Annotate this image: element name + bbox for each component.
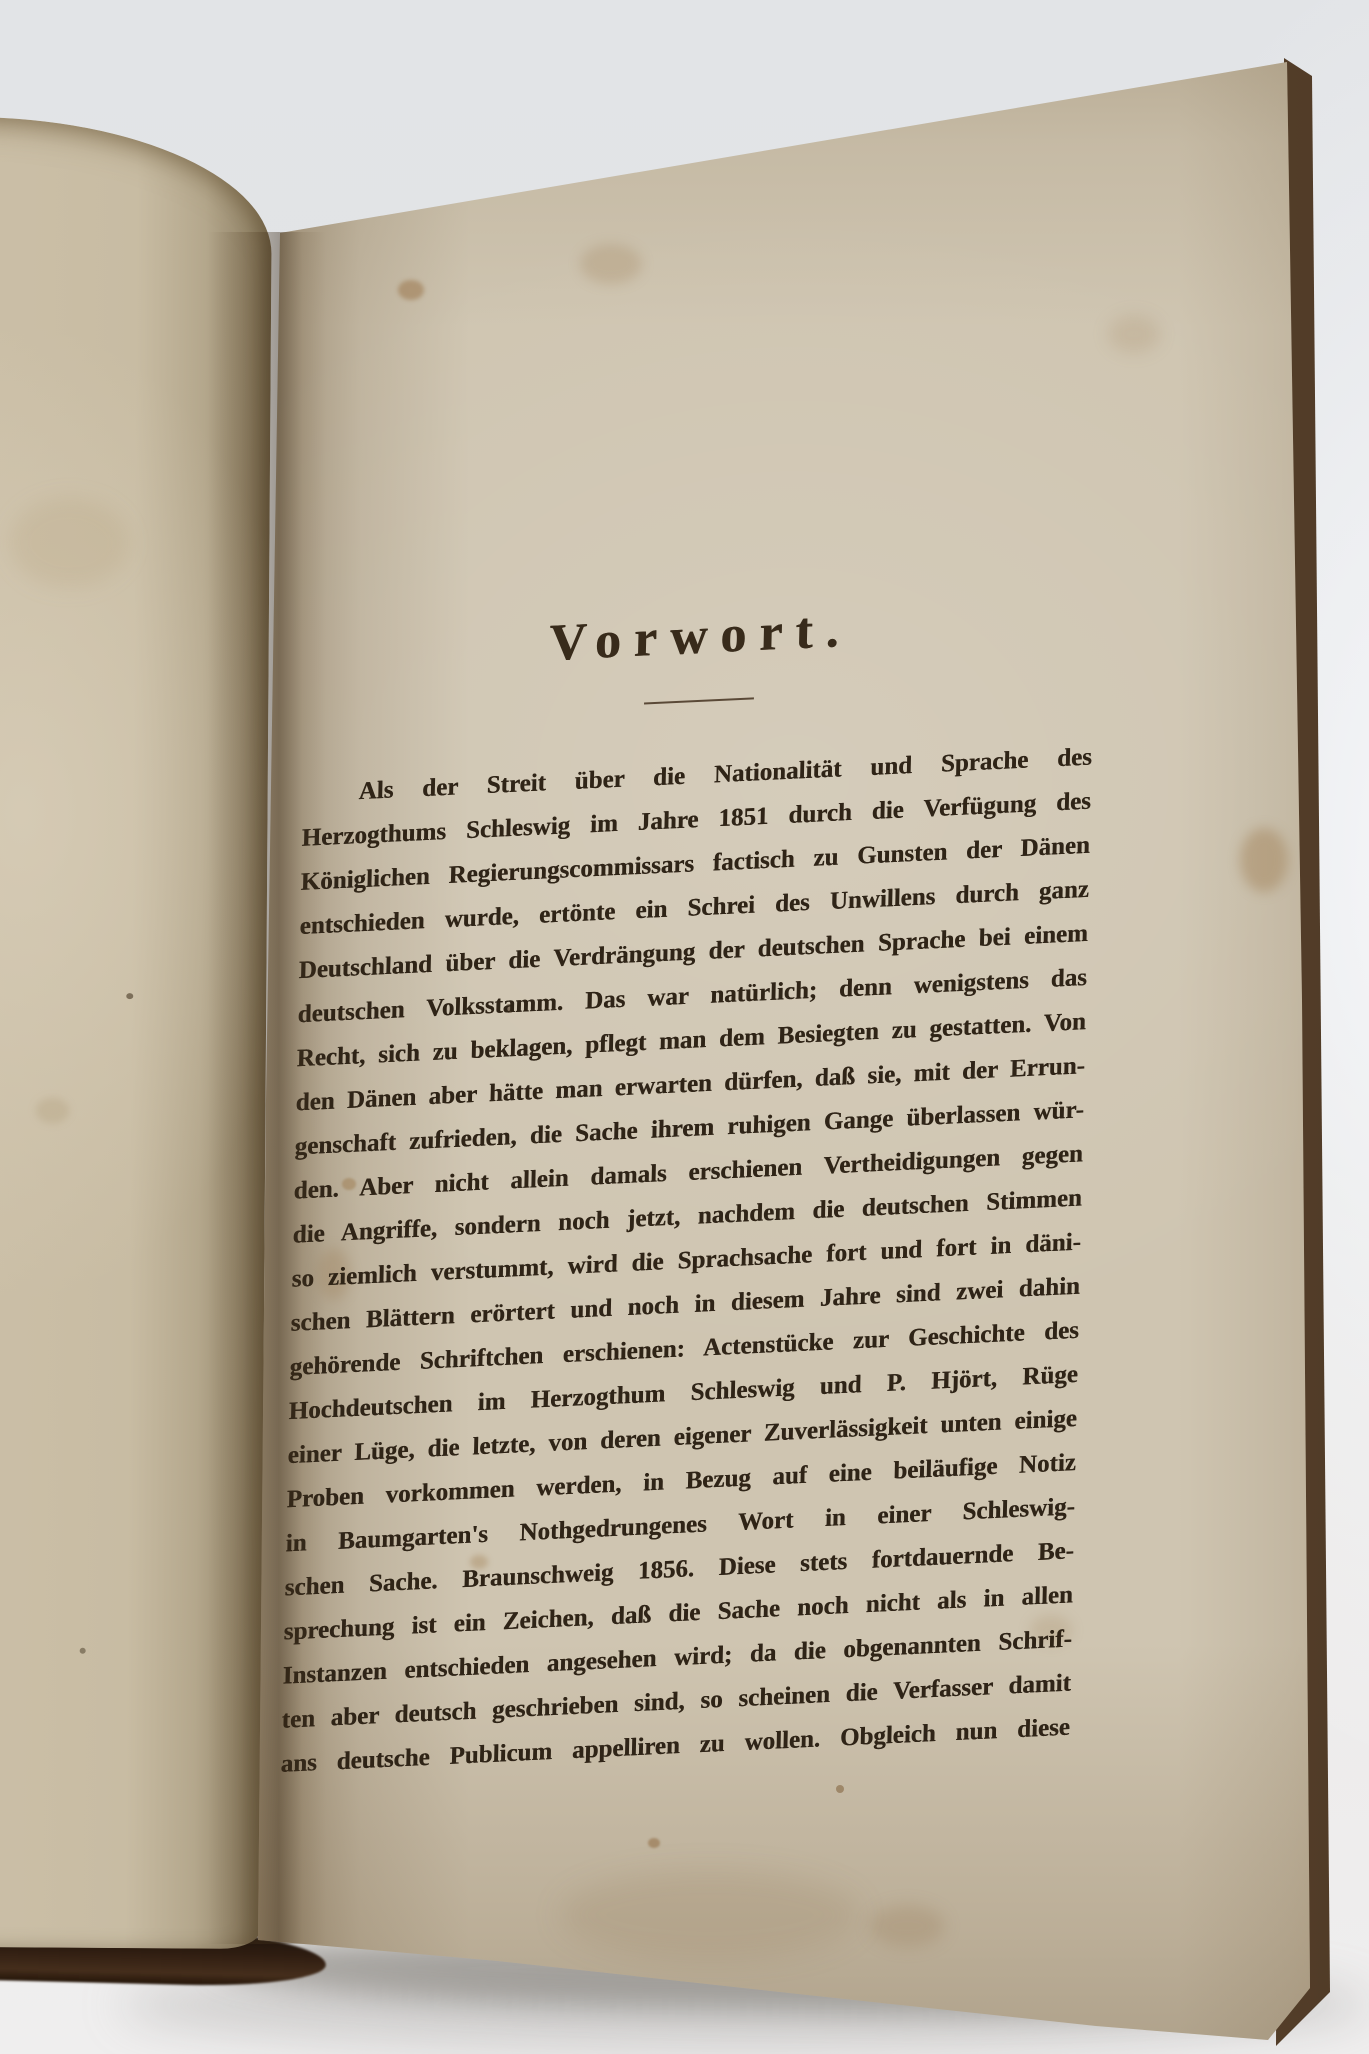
- page-title: Vorwort.: [305, 583, 1096, 690]
- foxing-stain: [560, 1870, 860, 1960]
- foxing-stain: [1240, 828, 1288, 892]
- foxing-stain: [648, 1838, 660, 1848]
- book-photo-scene: Vorwort. Als der Streit über die Nationa…: [0, 0, 1369, 2054]
- foxing-stain: [580, 244, 642, 284]
- foxing-stain: [1108, 315, 1160, 353]
- page-text: Vorwort. Als der Streit über die Nationa…: [280, 583, 1096, 1787]
- foxing-stain: [870, 1905, 945, 1947]
- paper-stain: [9, 497, 130, 588]
- foxing-stain: [836, 1785, 844, 1793]
- paper-stain: [35, 1097, 69, 1123]
- paper-fleck: [126, 993, 133, 999]
- foxing-stain: [398, 280, 424, 300]
- left-page: [0, 117, 272, 1949]
- title-rule: [644, 697, 754, 704]
- paper-fleck: [80, 1648, 86, 1654]
